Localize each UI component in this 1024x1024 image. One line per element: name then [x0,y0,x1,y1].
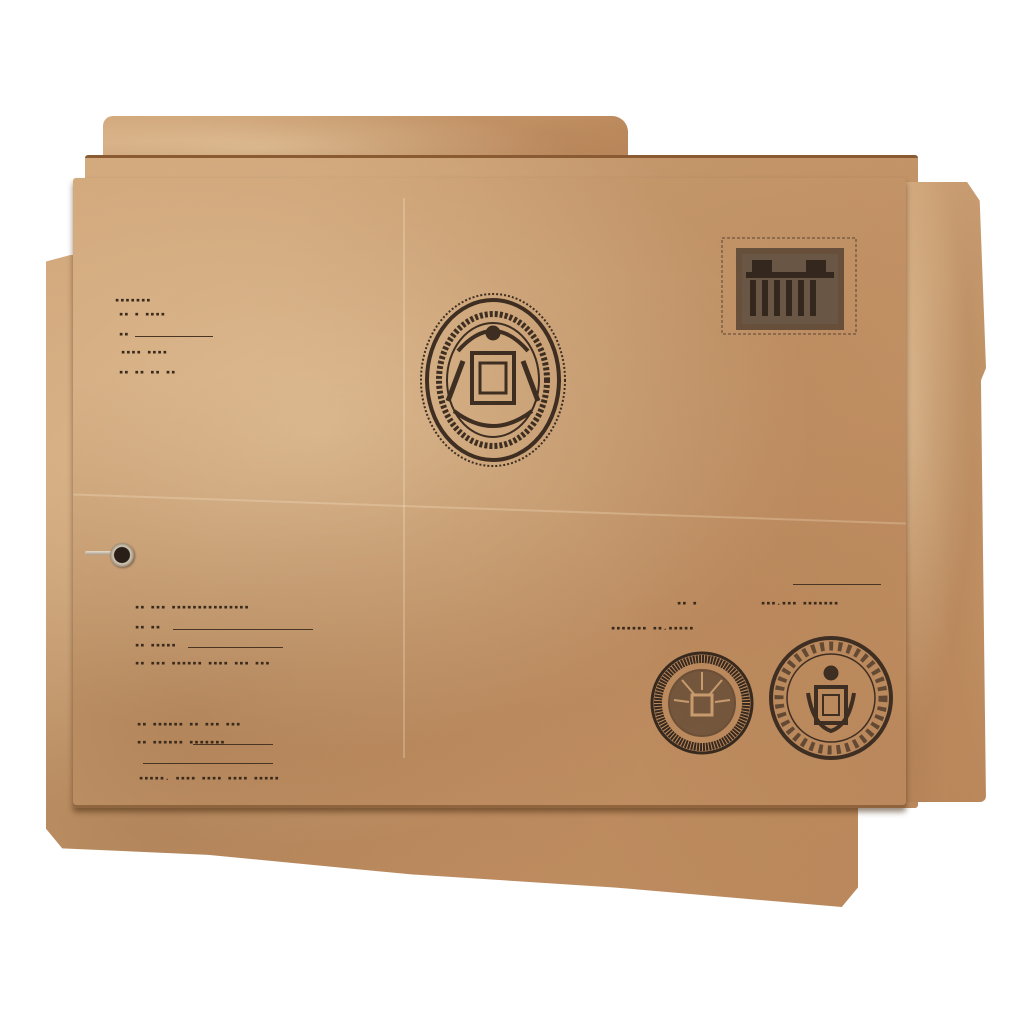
form-line: ▪▪ ▪ [677,599,698,607]
form-line: ▪▪ [119,330,129,338]
form-line: ▪▪▪▪▪▪▪ ▪▪.▪▪▪▪▪ [611,624,694,632]
form-line: ▪▪▪.▪▪▪ ▪▪▪▪▪▪▪ [761,599,839,607]
postage-stamp-icon [720,234,858,338]
form-line: ▪▪▪▪▪▪▪ [115,296,152,304]
paper-crease [403,198,405,758]
form-line: ▪▪ ▪▪▪ ▪▪▪▪▪▪▪▪▪▪▪▪▪▪▪ [135,603,250,611]
form-line: ▪▪▪▪ ▪▪▪▪ [121,348,168,356]
form-line: ▪▪ ▪▪▪▪▪ [135,641,177,649]
form-rule [188,647,283,648]
eyelet-pin [85,551,113,555]
form-rule [193,744,273,745]
form-line: ▪▪ ▪▪▪▪▪▪ ▪▪ ▪▪▪ ▪▪▪ [137,720,241,728]
form-line: ▪▪ ▪▪▪ ▪▪▪▪▪▪ ▪▪▪▪ ▪▪▪ ▪▪▪ [135,659,271,667]
form-line: ▪▪ ▪▪ [135,623,161,631]
paper-crease [73,493,906,524]
round-crest-seal-icon [768,635,894,761]
round-sunburst-seal-icon [649,650,755,756]
oval-crest-seal-icon [418,291,568,469]
form-line: ▪▪▪▪▪. ▪▪▪▪ ▪▪▪▪ ▪▪▪▪ ▪▪▪▪▪ [139,774,280,782]
form-line: ▪▪ ▪ ▪▪▪▪ [119,310,166,318]
form-rule [173,629,313,630]
form-rule [793,584,881,585]
form-rule [143,763,273,764]
form-line: ▪▪ ▪▪ ▪▪ ▪▪ [119,368,176,376]
form-rule [135,336,213,337]
eyelet-icon [110,543,134,567]
front-document: ▪▪▪▪▪▪▪ ▪▪ ▪ ▪▪▪▪ ▪▪ ▪▪▪▪ ▪▪▪▪ ▪▪ ▪▪ ▪▪ … [73,178,906,808]
